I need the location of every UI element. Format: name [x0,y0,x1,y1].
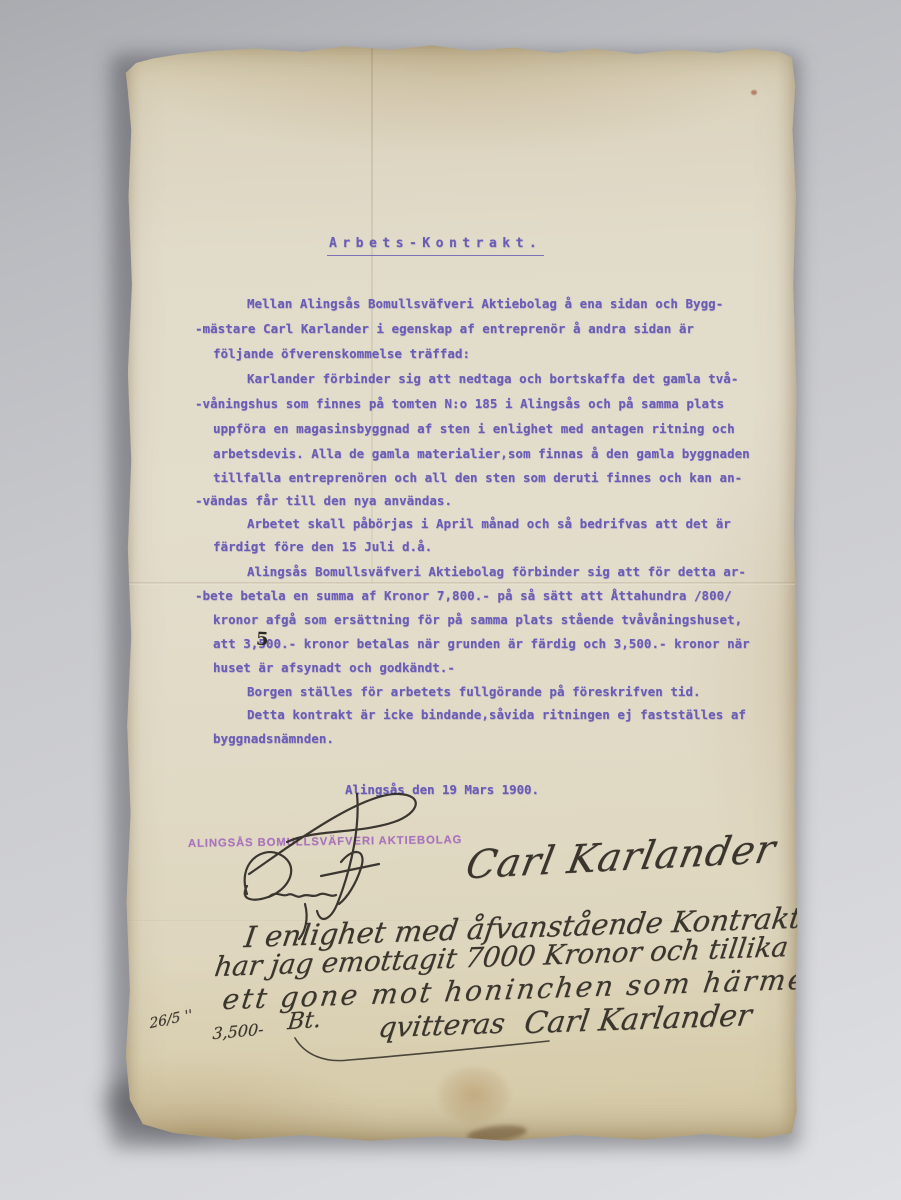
photo-background: Arbets-Kontrakt. Mellan Alingsås Bomulls… [0,0,901,1200]
pen-flourish-stroke [119,42,800,1144]
document-paper: Arbets-Kontrakt. Mellan Alingsås Bomulls… [119,42,800,1144]
